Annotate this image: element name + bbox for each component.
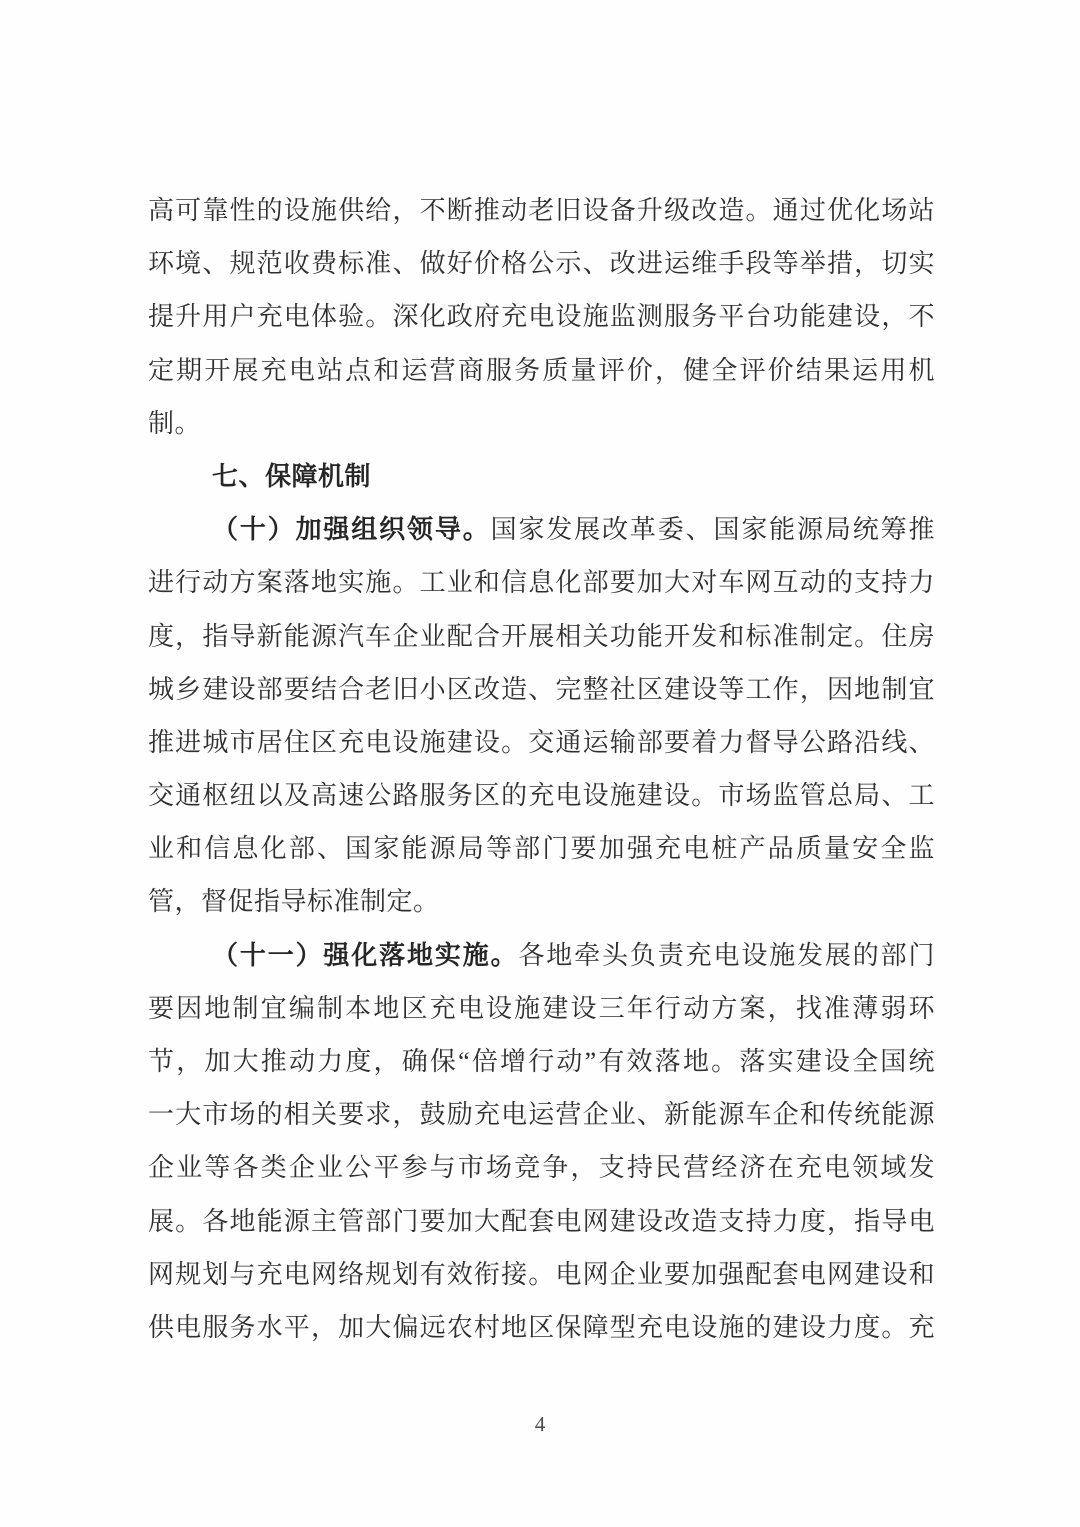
document-body: 高可靠性的设施供给，不断推动老旧设备升级改造。通过优化场站环境、规范收费标准、做… <box>148 184 935 1354</box>
paragraph-text: 各地牵头负责充电设施发展的部门 <box>518 941 935 970</box>
text-line: 定期开展充电站点和运营商服务质量评价，健全评价结果运用机 <box>148 344 935 397</box>
section-heading: 七、保障机制 <box>148 450 935 503</box>
text-line: 供电服务水平，加大偏远农村地区保障型充电设施的建设力度。充 <box>148 1301 935 1354</box>
text-line: 交通枢纽以及高速公路服务区的充电设施建设。市场监管总局、工 <box>148 769 935 822</box>
text-line: 业和信息化部、国家能源局等部门要加强充电桩产品质量安全监 <box>148 822 935 875</box>
text-line: 要因地制宜编制本地区充电设施建设三年行动方案，找准薄弱环 <box>148 982 935 1035</box>
text-line: 推进城市居住区充电设施建设。交通运输部要着力督导公路沿线、 <box>148 716 935 769</box>
text-line: 管，督促指导标准制定。 <box>148 875 935 928</box>
text-line: 企业等各类企业公平参与市场竞争，支持民营经济在充电领域发 <box>148 1141 935 1194</box>
text-line: （十一）强化落地实施。各地牵头负责充电设施发展的部门 <box>148 929 935 982</box>
text-line: 一大市场的相关要求，鼓励充电运营企业、新能源车企和传统能源 <box>148 1088 935 1141</box>
text-line: 制。 <box>148 397 935 450</box>
paragraph-lead: （十）加强组织领导。 <box>212 515 491 544</box>
text-line: 展。各地能源主管部门要加大配套电网建设改造支持力度，指导电 <box>148 1195 935 1248</box>
text-line: 城乡建设部要结合老旧小区改造、完整社区建设等工作，因地制宜 <box>148 663 935 716</box>
text-line: （十）加强组织领导。国家发展改革委、国家能源局统筹推 <box>148 503 935 556</box>
text-line: 节，加大推动力度，确保“倍增行动”有效落地。落实建设全国统 <box>148 1035 935 1088</box>
text-line: 进行动方案落地实施。工业和信息化部要加大对车网互动的支持力 <box>148 556 935 609</box>
page-number: 4 <box>0 1410 1080 1438</box>
paragraph-text: 国家发展改革委、国家能源局统筹推 <box>491 515 935 544</box>
text-line: 度，指导新能源汽车企业配合开展相关功能开发和标准制定。住房 <box>148 610 935 663</box>
text-line: 提升用户充电体验。深化政府充电设施监测服务平台功能建设，不 <box>148 290 935 343</box>
text-line: 高可靠性的设施供给，不断推动老旧设备升级改造。通过优化场站 <box>148 184 935 237</box>
text-line: 网规划与充电网络规划有效衔接。电网企业要加强配套电网建设和 <box>148 1248 935 1301</box>
text-line: 环境、规范收费标准、做好价格公示、改进运维手段等举措，切实 <box>148 237 935 290</box>
document-page: 高可靠性的设施供给，不断推动老旧设备升级改造。通过优化场站环境、规范收费标准、做… <box>0 0 1080 1527</box>
paragraph-lead: （十一）强化落地实施。 <box>212 941 518 970</box>
